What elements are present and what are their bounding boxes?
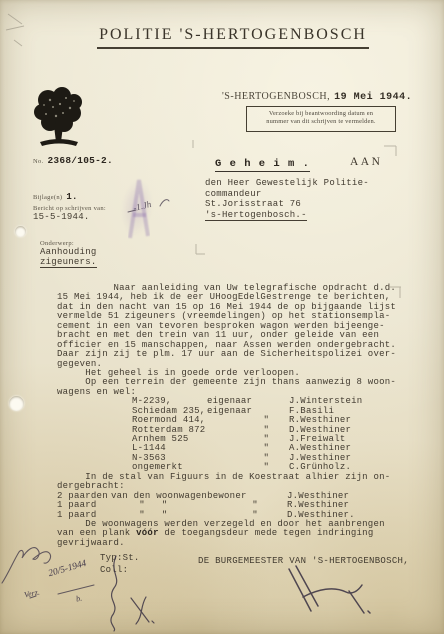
handwritten-received-date: 20/5-1944 <box>47 559 87 579</box>
coll-label: Coll: <box>100 565 128 575</box>
addressee-line: den Heer Gewestelijk Politie- <box>205 178 369 189</box>
subject-line-1: Aanhouding <box>40 247 97 257</box>
notice-line-1: Verzoeke bij beantwoording datum en <box>247 110 395 118</box>
bijlagen-value: 1. <box>66 192 77 202</box>
reply-notice-box: Verzoeke bij beantwoording datum en numm… <box>246 106 396 132</box>
handwritten-received-prefix: Verz. <box>23 587 40 599</box>
punch-hole <box>9 396 24 411</box>
subject-line-2: zigeuners. <box>40 257 97 268</box>
place-date-line: 'S-HERTOGENBOSCH, 19 Mei 1944. <box>222 86 412 104</box>
signature-title: DE BURGEMEESTER VAN 'S-HERTOGENBOSCH, <box>198 556 409 566</box>
bijlagen-line: Bijlage(n) 1. <box>33 186 78 204</box>
bericht-value: 15-5-1944. <box>33 212 90 222</box>
bijlagen-label: Bijlage(n) <box>33 194 62 201</box>
no-value: 2368/105-2. <box>47 155 112 166</box>
addressee-line: St.Jorisstraat 76 <box>205 199 369 210</box>
handwritten-received-sub: b. <box>75 594 82 604</box>
addressee-line: commandeur <box>205 189 369 200</box>
typist-label: Typ:St. <box>100 553 140 563</box>
body-line: Daar zijn zij te plm. 17 uur aan de Sich… <box>57 350 419 359</box>
aan-label: AAN <box>350 156 382 168</box>
typed-date: 19 Mei 1944. <box>334 92 412 103</box>
coat-of-arms-icon <box>30 86 88 148</box>
bericht-label: Bericht op schrijven van: <box>33 205 106 212</box>
reference-number-line: No. 2368/105-2. <box>33 150 113 168</box>
notice-line-2: nummer van dit schrijven te vermelden. <box>247 118 395 126</box>
letterhead-title: POLITIE 'S-HERTOGENBOSCH <box>97 26 369 49</box>
addressee-city: 's-Hertogenbosch.- <box>205 210 307 222</box>
place-printed: 'S-HERTOGENBOSCH, <box>222 91 330 102</box>
geheim-classification: G e h e i m . <box>215 158 310 172</box>
scanned-letter: POLITIE 'S-HERTOGENBOSCH 'S-HERTOGENBOSC… <box>0 0 444 634</box>
body-line: gevrijwaard. <box>57 539 419 548</box>
onderwerp-label: Onderwerp: <box>40 240 74 247</box>
addressee-block: den Heer Gewestelijk Politie- commandeur… <box>205 178 369 221</box>
body-text: Naar aanleiding van Uw telegrafische opd… <box>57 284 419 548</box>
burgemeester-signature <box>289 566 370 613</box>
no-label: No. <box>33 158 43 165</box>
punch-hole <box>15 226 26 237</box>
